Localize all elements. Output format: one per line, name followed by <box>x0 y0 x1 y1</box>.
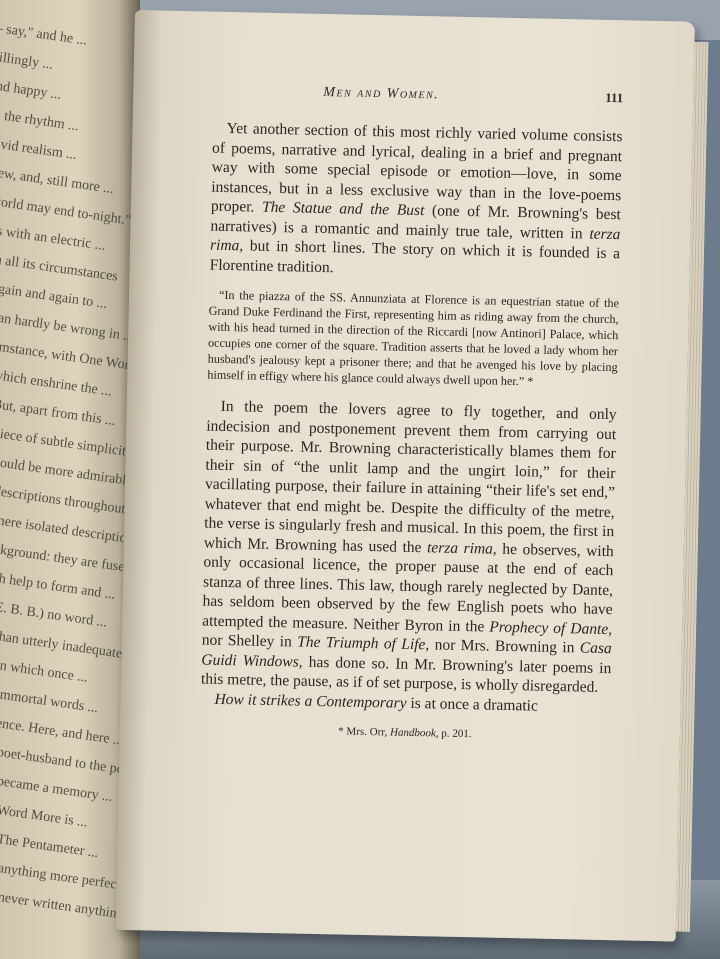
left-page-line: anything more perfect ... <box>0 861 135 896</box>
left-page-line: world may end to-night." <box>0 194 131 229</box>
left-page-line: in all its circumstances <box>0 252 119 286</box>
left-page-line: E. B. B.) no word ... <box>0 600 108 632</box>
paragraph-2: In the poem the lovers agree to fly toge… <box>201 397 617 698</box>
page-number: 111 <box>605 90 623 106</box>
left-page-line: poet-husband to the poet <box>0 745 134 780</box>
left-page-line: can hardly be wrong in ... <box>0 310 135 346</box>
italic-term: terza rima, <box>427 539 497 557</box>
paragraph-1: Yet another section of this most richly … <box>209 119 622 284</box>
page-content: Men and Women. 111 Yet another section o… <box>200 82 624 743</box>
left-page-line: descriptions throughout <box>0 484 126 518</box>
right-page: Men and Women. 111 Yet another section o… <box>116 10 695 942</box>
left-page-line: — say," and he ... <box>0 20 88 50</box>
italic-title: Prophecy of Dante, <box>489 618 612 638</box>
italic-title: How it strikes a Contemporary <box>214 690 406 711</box>
left-page-line: mere isolated descriptions <box>0 513 140 549</box>
left-page-line: became a memory ... <box>0 774 113 806</box>
left-page-line: in the rhythm ... <box>0 107 79 135</box>
left-page-line: But, apart from this ... <box>0 397 116 430</box>
left-page-line: which enshrine the ... <box>0 368 112 401</box>
block-quote: “In the piazza of the SS. Annunziata at … <box>207 287 619 392</box>
footnote: * Mrs. Orr, Handbook, p. 201. <box>200 723 610 744</box>
left-page-line: new, and, still more ... <box>0 165 114 198</box>
text: is at once a dramatic <box>406 694 538 714</box>
italic-title: The Triumph of Life, <box>297 634 429 654</box>
left-page-line: willingly ... <box>0 49 54 74</box>
text: nor Mrs. Browning in <box>429 636 580 656</box>
left-page-line: as with an electric ... <box>0 223 106 255</box>
left-page-line: Word More is ... <box>0 803 89 832</box>
italic-title: The Statue and the Bust <box>262 199 425 219</box>
left-page-line: umstance, with One Word <box>0 339 137 375</box>
page-edges <box>676 42 709 932</box>
left-page-line: could be more admirable <box>0 455 133 490</box>
text: nor Shelley in <box>202 632 298 651</box>
italic-title: Handbook, <box>390 727 439 740</box>
left-page-line: immortal words ... <box>0 687 99 717</box>
left-page-line: ence. Here, and here ... <box>0 716 125 750</box>
left-page-line: in which once ... <box>0 658 88 687</box>
running-head: Men and Women. <box>323 85 439 103</box>
left-page-line: and happy ... <box>0 78 62 104</box>
left-page-line: than utterly inadequate <box>0 629 123 663</box>
page-header: Men and Women. 111 <box>213 82 623 108</box>
left-page-line: th help to form and ... <box>0 571 116 604</box>
text: p. 201. <box>438 728 471 741</box>
left-page-line: ckground: they are fused <box>0 542 133 577</box>
text: but in short lines. The story on which i… <box>210 237 621 275</box>
text: * Mrs. Orr, <box>338 725 390 738</box>
left-page-line: vivid realism ... <box>0 136 78 164</box>
left-page-line: again and again to ... <box>0 281 108 313</box>
left-page-line: The Pentameter ... <box>0 832 100 862</box>
left-page-line: piece of subtle simplicity <box>0 426 134 461</box>
text: In the poem the lovers agree to fly toge… <box>204 398 617 556</box>
